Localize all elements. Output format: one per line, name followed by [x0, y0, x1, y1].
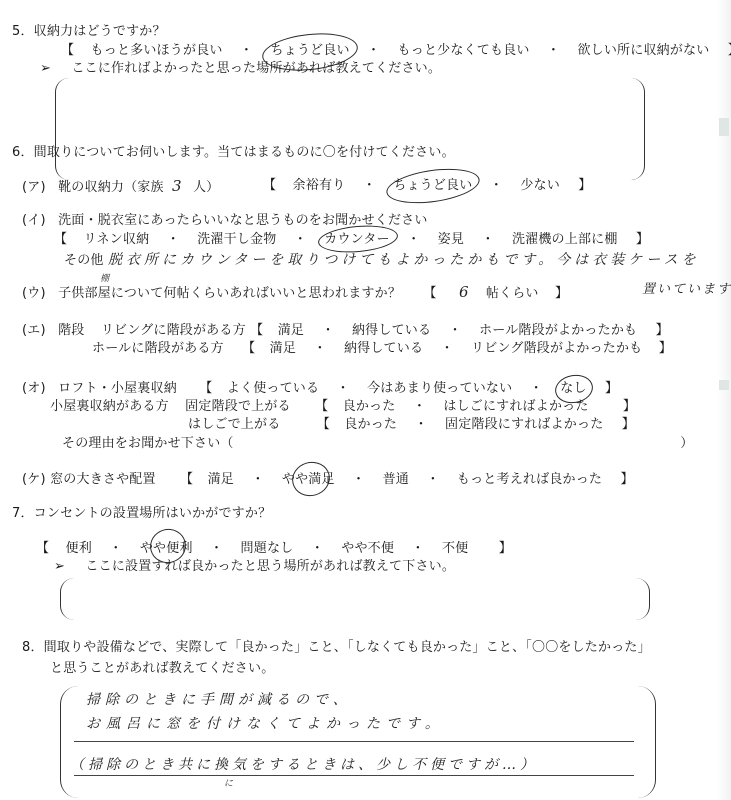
q6-o-option-3-label: なし [560, 381, 586, 396]
bleed-mark [719, 118, 729, 136]
separator: ・ [426, 472, 439, 488]
q6-ke-option-2-label: やや満足 [282, 472, 335, 487]
separator: ・ [407, 232, 420, 248]
q6-u-row: (ウ) 子供部屋について何帖くらいあればいいと思われますか？ 【 6 帖くらい … [22, 284, 568, 302]
q5-option-2-selected[interactable]: ちょうど良い [270, 43, 349, 59]
bracket-close: 】 [622, 417, 635, 432]
separator: ・ [109, 541, 122, 557]
separator: ・ [413, 399, 426, 415]
q6-u-text: 子供部屋について何帖くらいあればいいと思われますか？ [58, 286, 401, 301]
bracket-open: 【 [242, 341, 255, 356]
q6-e-row1-label: リビングに階段がある方 [101, 323, 246, 338]
bracket-close: 】 [578, 178, 591, 194]
q6-o-sub2-option-1[interactable]: 良かった [344, 417, 397, 433]
q6-a-options: 【 余裕有り ・ ちょうど良い ・ 少ない 】 [263, 178, 592, 194]
separator: ・ [313, 341, 326, 357]
q8-answer-line3: （掃除のとき共に換気をするときは、少し不便ですが…） [70, 757, 538, 773]
q7-option-1[interactable]: 便利 [66, 541, 92, 557]
answer-rule-line [74, 741, 634, 742]
q6-ke-option-2-selected[interactable]: やや満足 [282, 472, 335, 488]
q6-o-reason-row: その理由をお聞かせ下さい（ ） [62, 436, 694, 452]
q6-o-sub1-row: 小屋裏収納がある方 固定階段で上がる 【 良かった ・ はしごにすればよかった … [50, 399, 636, 415]
bracket-open: 【 [180, 472, 193, 487]
q5-title: 5．収納力はどうですか？ [12, 24, 166, 40]
q6-o-row: (オ) ロフト・小屋裏収納 【 よく使っている ・ 今はあまり使っていない ・ … [22, 381, 618, 397]
q6-a-text: 靴の収納力（家族 [58, 180, 164, 195]
paren-close: ） [680, 436, 693, 451]
q6-o-sub1-option-2[interactable]: はしごにすればよかった [443, 399, 588, 415]
q6-i-option-3-selected[interactable]: カウンター [324, 232, 389, 248]
bracket-open: 【 [317, 417, 330, 432]
answer-rule-line [74, 775, 634, 776]
q6-i-options: 【 リネン収納 ・ 洗濯干し金物 ・ カウンター ・ 姿見 ・ 洗濯機の上部に棚… [54, 232, 649, 248]
bracket-close: 】 [499, 541, 512, 556]
q6-e-label: (エ) [22, 323, 46, 338]
q7-option-2-label: やや便利 [140, 541, 193, 556]
bracket-close: 】 [656, 323, 669, 338]
q6-i-option-3-label: カウンター [324, 232, 389, 247]
separator: ・ [411, 541, 424, 557]
bracket-close: 】 [659, 341, 672, 356]
q6-i-option-5[interactable]: 洗濯機の上部に棚 [512, 232, 618, 248]
arrow-marker-icon: ➢ [40, 61, 51, 76]
q6-u-unit: 帖くらい [486, 286, 539, 301]
q6-o-sub2-row: はしごで上がる 【 良かった ・ 固定階段にすればよかった 】 [188, 417, 635, 433]
q6-e-row1-option-2[interactable]: 納得している [352, 323, 431, 339]
bracket-open: 【 [36, 541, 49, 556]
separator: ・ [367, 43, 380, 59]
q7-title: 7．コンセントの設置場所はいかがですか？ [12, 506, 271, 522]
q6-o-option-1[interactable]: よく使っている [227, 381, 319, 397]
q8-title-line1: 8．間取りや設備などで、実際して「良かった」こと、「しなくても良かった」こと、「… [22, 640, 651, 656]
q8-title-line2: と思うことがあれば教えてください。 [50, 661, 274, 677]
page-edge-bleed [717, 0, 731, 800]
q6-e-heading: 階段 [58, 323, 84, 338]
q6-i-other-answer[interactable]: 脱衣所にカウンターを取りつけてもよかったかもです。今は衣装ケースを [108, 252, 700, 268]
q6-ke-option-1[interactable]: 満足 [208, 472, 234, 488]
q5-option-2-label: ちょうど良い [270, 43, 349, 58]
q6-i-other-row: その他 脱衣所にカウンターを取りつけてもよかったかもです。今は衣装ケースを [64, 252, 700, 269]
bracket-close: 】 [623, 399, 636, 414]
q8-answer-annotation: に [224, 776, 233, 789]
q5-followup-text: ここに作ればよかったと思った場所があれば教えてください。 [71, 61, 441, 76]
q6-a-option-2-label: ちょうど良い [393, 178, 472, 193]
q8-answer-line2: お風呂に窓を付けなくてよかったです。 [86, 716, 445, 732]
bracket-open: 【 [54, 232, 67, 247]
bracket-open: 【 [61, 43, 74, 59]
separator: ・ [311, 541, 324, 557]
q6-a-label: (ア) [22, 180, 46, 195]
separator: ・ [449, 323, 462, 339]
separator: ・ [337, 381, 350, 397]
bracket-open: 【 [250, 323, 263, 338]
separator: ・ [547, 43, 560, 59]
q6-o-label: (オ) [22, 381, 46, 396]
q6-e-row2-option-3[interactable]: リビング階段がよかったかも [471, 341, 642, 357]
q5-option-4[interactable]: 欲しい所に収納がない [577, 43, 709, 59]
q6-e-row2-label: ホールに階段がある方 [92, 341, 224, 356]
q7-option-4[interactable]: やや不便 [341, 541, 394, 557]
q6-ke-heading: 窓の大きさや配置 [50, 472, 156, 487]
separator: ・ [321, 323, 334, 339]
separator: ・ [294, 232, 307, 248]
q7-followup-text: ここに設置すれば良かったと思う場所があれば教えて下さい。 [85, 559, 455, 574]
bracket-close: 】 [555, 286, 568, 301]
q6-i-option-4[interactable]: 姿見 [438, 232, 464, 248]
q6-o-option-3-selected[interactable]: なし [560, 381, 586, 397]
q6-o-option-2[interactable]: 今はあまり使っていない [367, 381, 512, 397]
separator: ・ [240, 43, 253, 59]
q6-a-row: (ア) 靴の収納力（家族 3 人） [22, 178, 219, 196]
separator: ・ [210, 541, 223, 557]
q5-answer-box[interactable] [55, 78, 645, 180]
q7-option-3[interactable]: 問題なし [241, 541, 294, 557]
bracket-open: 【 [263, 178, 276, 193]
q6-o-sub1-label: 固定階段で上がる [185, 399, 291, 414]
bracket-open: 【 [199, 381, 212, 396]
q6-i-label: (イ) [22, 213, 46, 228]
q6-a-option-2-selected[interactable]: ちょうど良い [393, 178, 472, 194]
q8-answer-line1: 掃除のときに手間が減るので、 [86, 692, 352, 708]
q6-e-row1-option-1[interactable]: 満足 [278, 323, 304, 339]
q6-i-other-label: その他 [64, 253, 104, 268]
q6-i-text: 洗面・脱衣室にあったらいいなと思うものをお聞かせください [58, 213, 427, 228]
q7-options: 【 便利 ・ やや便利 ・ 問題なし ・ やや不便 ・ 不便 】 [36, 541, 512, 557]
q7-answer-box[interactable] [60, 578, 650, 620]
separator: ・ [414, 417, 427, 433]
q6-title: 6．間取りについてお伺いします。当てはまるものに〇を付けてください。 [12, 145, 455, 161]
q6-ke-row: (ケ) 窓の大きさや配置 【 満足 ・ やや満足 ・ 普通 ・ もっと考えれば良… [22, 472, 634, 488]
separator: ・ [167, 232, 180, 248]
separator: ・ [363, 178, 376, 194]
q5-option-3[interactable]: もっと少なくても良い [398, 43, 530, 59]
bleed-mark [719, 380, 729, 390]
bracket-close: 】 [636, 232, 649, 248]
separator: ・ [530, 381, 543, 397]
q6-i-other-annotation: 棚 [100, 271, 109, 284]
q6-e-row2: ホールに階段がある方 【 満足 ・ 納得している ・ リビング階段がよかったかも… [92, 341, 672, 357]
bracket-close: 】 [620, 472, 633, 487]
q6-i-other-answer-cont: 置いています。 [642, 282, 731, 298]
q6-e-row2-option-2[interactable]: 納得している [344, 341, 423, 357]
q6-i-option-2[interactable]: 洗濯干し金物 [197, 232, 276, 248]
q7-option-5[interactable]: 不便 [442, 541, 468, 557]
q6-e-row2-option-1[interactable]: 満足 [270, 341, 296, 357]
q6-a-family-count[interactable]: 3 [172, 177, 185, 195]
q6-i-option-1[interactable]: リネン収納 [84, 232, 150, 248]
q5-options: 【 もっと多いほうが良い ・ ちょうど良い ・ もっと少なくても良い ・ 欲しい… [61, 43, 731, 59]
q6-o-sub-label: 小屋裏収納がある方 [50, 399, 169, 414]
q6-o-sub2-option-2[interactable]: 固定階段にすればよかった [445, 417, 603, 433]
q5-followup: ➢ ここに作ればよかったと思った場所があれば教えてください。 [40, 61, 441, 77]
q6-a-option-3[interactable]: 少ない [520, 178, 560, 194]
arrow-marker-icon: ➢ [54, 559, 65, 574]
q6-u-value[interactable]: 6 [459, 283, 472, 301]
q6-u-label: (ウ) [22, 286, 46, 301]
separator: ・ [440, 341, 453, 357]
q6-ke-option-3[interactable]: 普通 [383, 472, 409, 488]
q6-ke-label: (ケ) [22, 472, 46, 487]
bracket-open: 【 [315, 399, 328, 414]
bracket-open: 【 [423, 286, 436, 301]
q6-e-row1-option-3[interactable]: ホール階段がよかったかも [479, 323, 637, 339]
separator: ・ [490, 178, 503, 194]
q6-o-reason-label: その理由をお聞かせ下さい（ [62, 436, 234, 451]
q7-followup: ➢ ここに設置すれば良かったと思う場所があれば教えて下さい。 [54, 559, 455, 575]
q6-o-sub2-label: はしごで上がる [188, 417, 280, 432]
q7-option-2-selected[interactable]: やや便利 [140, 541, 193, 557]
q6-i-row: (イ) 洗面・脱衣室にあったらいいなと思うものをお聞かせください [22, 213, 428, 229]
separator: ・ [251, 472, 264, 488]
q6-a-option-1[interactable]: 余裕有り [293, 178, 346, 194]
q6-o-sub1-option-1[interactable]: 良かった [343, 399, 396, 415]
q5-option-1[interactable]: もっと多いほうが良い [91, 43, 223, 59]
q6-ke-option-4[interactable]: もっと考えれば良かった [457, 472, 602, 488]
q6-e-row1: (エ) 階段 リビングに階段がある方 【 満足 ・ 納得している ・ ホール階段… [22, 323, 669, 339]
separator: ・ [352, 472, 365, 488]
q6-a-text-post: 人） [193, 180, 219, 195]
q6-o-heading: ロフト・小屋裏収納 [58, 381, 177, 396]
separator: ・ [481, 232, 494, 248]
bracket-close: 】 [605, 381, 618, 396]
